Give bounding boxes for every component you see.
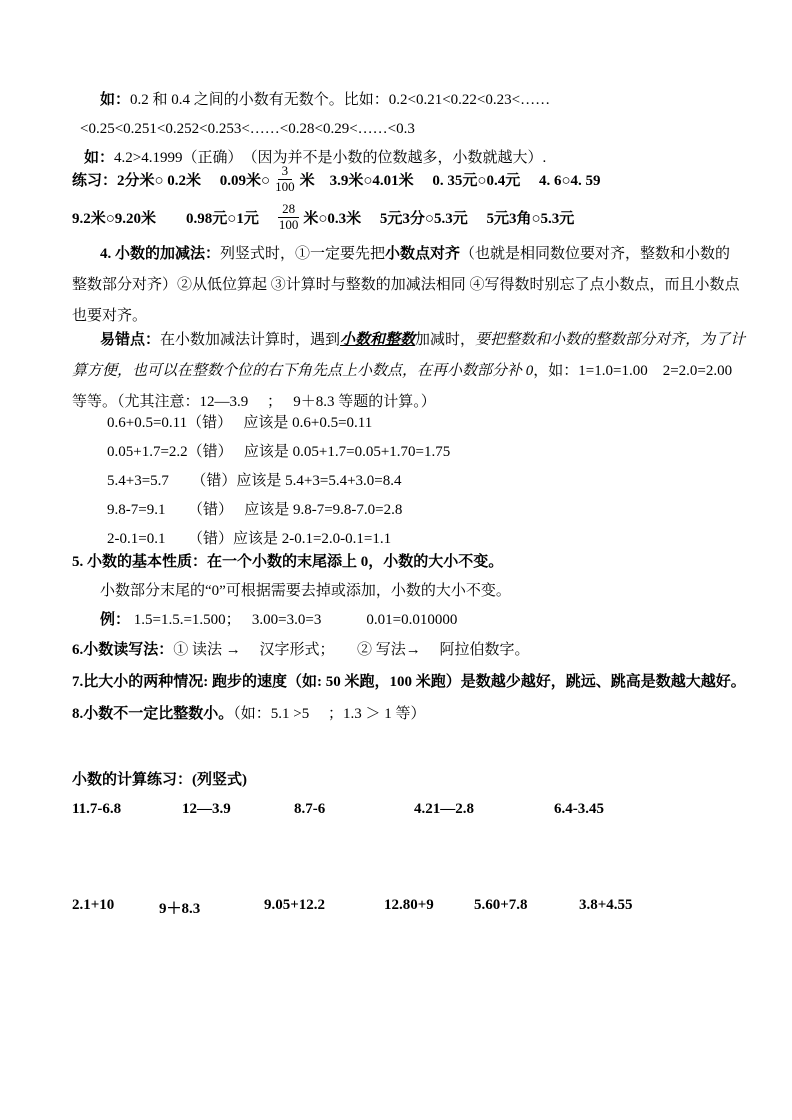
intro-line-1: 如：0.2 和 0.4 之间的小数有无数个。比如：0.2<0.21<0.22<0… [72, 86, 756, 115]
comparison-practice: 练习：2分米○ 0.2米 0.09米○3100米 3.9米○4.01米 0. 3… [72, 160, 756, 236]
exercise-item: 3.8+4.55 [579, 897, 633, 918]
text-run: 5. 小数的基本性质：在一个小数的末尾添上 0，小数的大小不变。 [72, 554, 503, 570]
text-run: 易错点： [100, 332, 160, 348]
error-example-line: 5.4+3=5.7 （错）应该是 5.4+3=5.4+3.0=8.4 [107, 467, 756, 496]
section-6-read-write: 6.小数读写法：① 读法 → 汉字形式； ② 写法→ 阿拉伯数字。 [72, 634, 756, 666]
exercise-item: 9.05+12.2 [264, 897, 384, 918]
sections-6-7-8: 6.小数读写法：① 读法 → 汉字形式； ② 写法→ 阿拉伯数字。 7.比大小的… [72, 634, 756, 730]
text-run: 也要对齐。 [72, 308, 147, 324]
text-run: 也可以在整数个位的右下角先点上小数点，在再小数部分补 0 [132, 363, 533, 379]
fraction: 3100 [273, 164, 297, 195]
text-run: ，如：1=1.0=1.00 2=2.0=2.00 [533, 363, 732, 379]
text-run: 0.2 和 0.4 之间的小数有无数个。比如：0.2<0.21<0.22<0.2… [130, 92, 550, 108]
text-run: 例： [100, 612, 130, 628]
error-example-line: 9.8-7=9.1 （错） 应该是 9.8-7=9.8-7.0=2.8 [107, 496, 756, 525]
section-5-example: 例： 1.5=1.5.=1.500； 3.00=3.0=3 0.01=0.010… [72, 606, 756, 635]
practice-line-1: 练习：2分米○ 0.2米 0.09米○3100米 3.9米○4.01米 0. 3… [72, 160, 756, 198]
intro-line-2: <0.25<0.251<0.252<0.253<……<0.28<0.29<……<… [72, 115, 756, 144]
text-run: 小数和整数 [340, 332, 415, 348]
section-4-decimal-addition-subtraction: 4. 小数的加减法：列竖式时，①一定要先把小数点对齐（也就是相同数位要对齐，整数… [72, 239, 756, 332]
exercise-item: 9＋8.3 [159, 897, 264, 918]
text-run: 小数部分末尾的“0”可根据需要去掉或添加，小数的大小不变。 [100, 583, 511, 599]
exercise-item: 2.1+10 [72, 897, 159, 918]
error-example-list: 0.6+0.5=0.11（错） 应该是 0.6+0.5=0.110.05+1.7… [72, 409, 756, 554]
text-run: 4. 小数的加减法： [100, 246, 220, 262]
text-run: 要把整数和小数的整数部分对齐，为了计 [475, 332, 745, 348]
text-run: 米○0.3米 5元3分○5.3元 5元3角○5.3元 [303, 207, 574, 228]
practice-line-2: 9.2米○9.20米 0.98元○1元 28100米○0.3米 5元3分○5.3… [72, 198, 756, 236]
text-run: 小数点对齐 [385, 246, 460, 262]
exercise-item: 11.7-6.8 [72, 801, 182, 818]
text-run: 算方便， [72, 363, 132, 379]
exercise-item: 4.21—2.8 [414, 801, 554, 818]
exercise-item: 8.7-6 [294, 801, 414, 818]
exercise-item: 5.60+7.8 [474, 897, 579, 918]
exercise-item: 12.80+9 [384, 897, 474, 918]
exercise-row-1: 11.7-6.812—3.98.7-64.21—2.86.4-3.45 [72, 801, 756, 818]
text-run: 整数部分对齐）②从低位算起 ③计算时与整数的加减法相同 ④写得数时别忘了点小数点… [72, 277, 740, 293]
exercise-item: 12—3.9 [182, 801, 294, 818]
text-run: 8.小数不一定比整数小。 [72, 706, 233, 722]
document-page: 如：0.2 和 0.4 之间的小数有无数个。比如：0.2<0.21<0.22<0… [0, 0, 792, 1120]
common-mistakes-paragraph: 易错点：在小数加减法计算时，遇到小数和整数加减时，要把整数和小数的整数部分对齐，… [72, 325, 756, 418]
text-run: 米 3.9米○4.01米 0. 35元○0.4元 4. 6○4. 59 [300, 169, 601, 190]
section-8-not-always-smaller: 8.小数不一定比整数小。（如：5.1 >5 ；1.3 ＞ 1 等） [72, 698, 756, 730]
error-example-line: 0.05+1.7=2.2（错） 应该是 0.05+1.7=0.05+1.70=1… [107, 438, 756, 467]
text-run: 在小数加减法计算时，遇到 [160, 332, 340, 348]
fraction: 28100 [277, 202, 301, 233]
text-run: （如：5.1 >5 ；1.3 ＞ 1 等） [233, 706, 425, 722]
text-run: （也就是相同数位要对齐，整数和小数的 [460, 246, 730, 262]
error-example-line: 0.6+0.5=0.11（错） 应该是 0.6+0.5=0.11 [107, 409, 756, 438]
text-run: 7.比大小的两种情况: 跑步的速度（如: 50 米跑，100 米跑）是数越少越好… [72, 674, 746, 690]
text-run: 6.小数读写法： [72, 642, 173, 658]
section-5-note: 小数部分末尾的“0”可根据需要去掉或添加，小数的大小不变。 [72, 577, 756, 606]
exercise-row-2: 2.1+109＋8.39.05+12.212.80+95.60+7.83.8+4… [72, 897, 756, 918]
text-run: 练习：2分米○ 0.2米 0.09米○ [72, 169, 270, 190]
text-run: <0.25<0.251<0.252<0.253<……<0.28<0.29<……<… [80, 121, 415, 137]
exercise-item: 6.4-3.45 [554, 801, 604, 818]
text-run: 等等。（尤其注意：12—3.9 ； 9＋8.3 等题的计算。） [72, 394, 436, 410]
calculation-practice-title: 小数的计算练习：(列竖式) [72, 768, 756, 789]
text-run: 列竖式时，①一定要先把 [220, 246, 385, 262]
text-run: 加减时， [415, 332, 475, 348]
text-run: 9.2米○9.20米 0.98元○1元 [72, 207, 274, 228]
text-run: 1.5=1.5.=1.500； 3.00=3.0=3 0.01=0.010000 [130, 612, 457, 628]
text-run: ① 读法 → 汉字形式； ② 写法→ 阿拉伯数字。 [173, 642, 529, 658]
section-5-basic-property: 5. 小数的基本性质：在一个小数的末尾添上 0，小数的大小不变。 小数部分末尾的… [72, 548, 756, 635]
section-5-heading: 5. 小数的基本性质：在一个小数的末尾添上 0，小数的大小不变。 [72, 548, 756, 577]
section-7-compare-cases: 7.比大小的两种情况: 跑步的速度（如: 50 米跑，100 米跑）是数越少越好… [72, 666, 756, 698]
text-run: 如： [100, 92, 130, 108]
